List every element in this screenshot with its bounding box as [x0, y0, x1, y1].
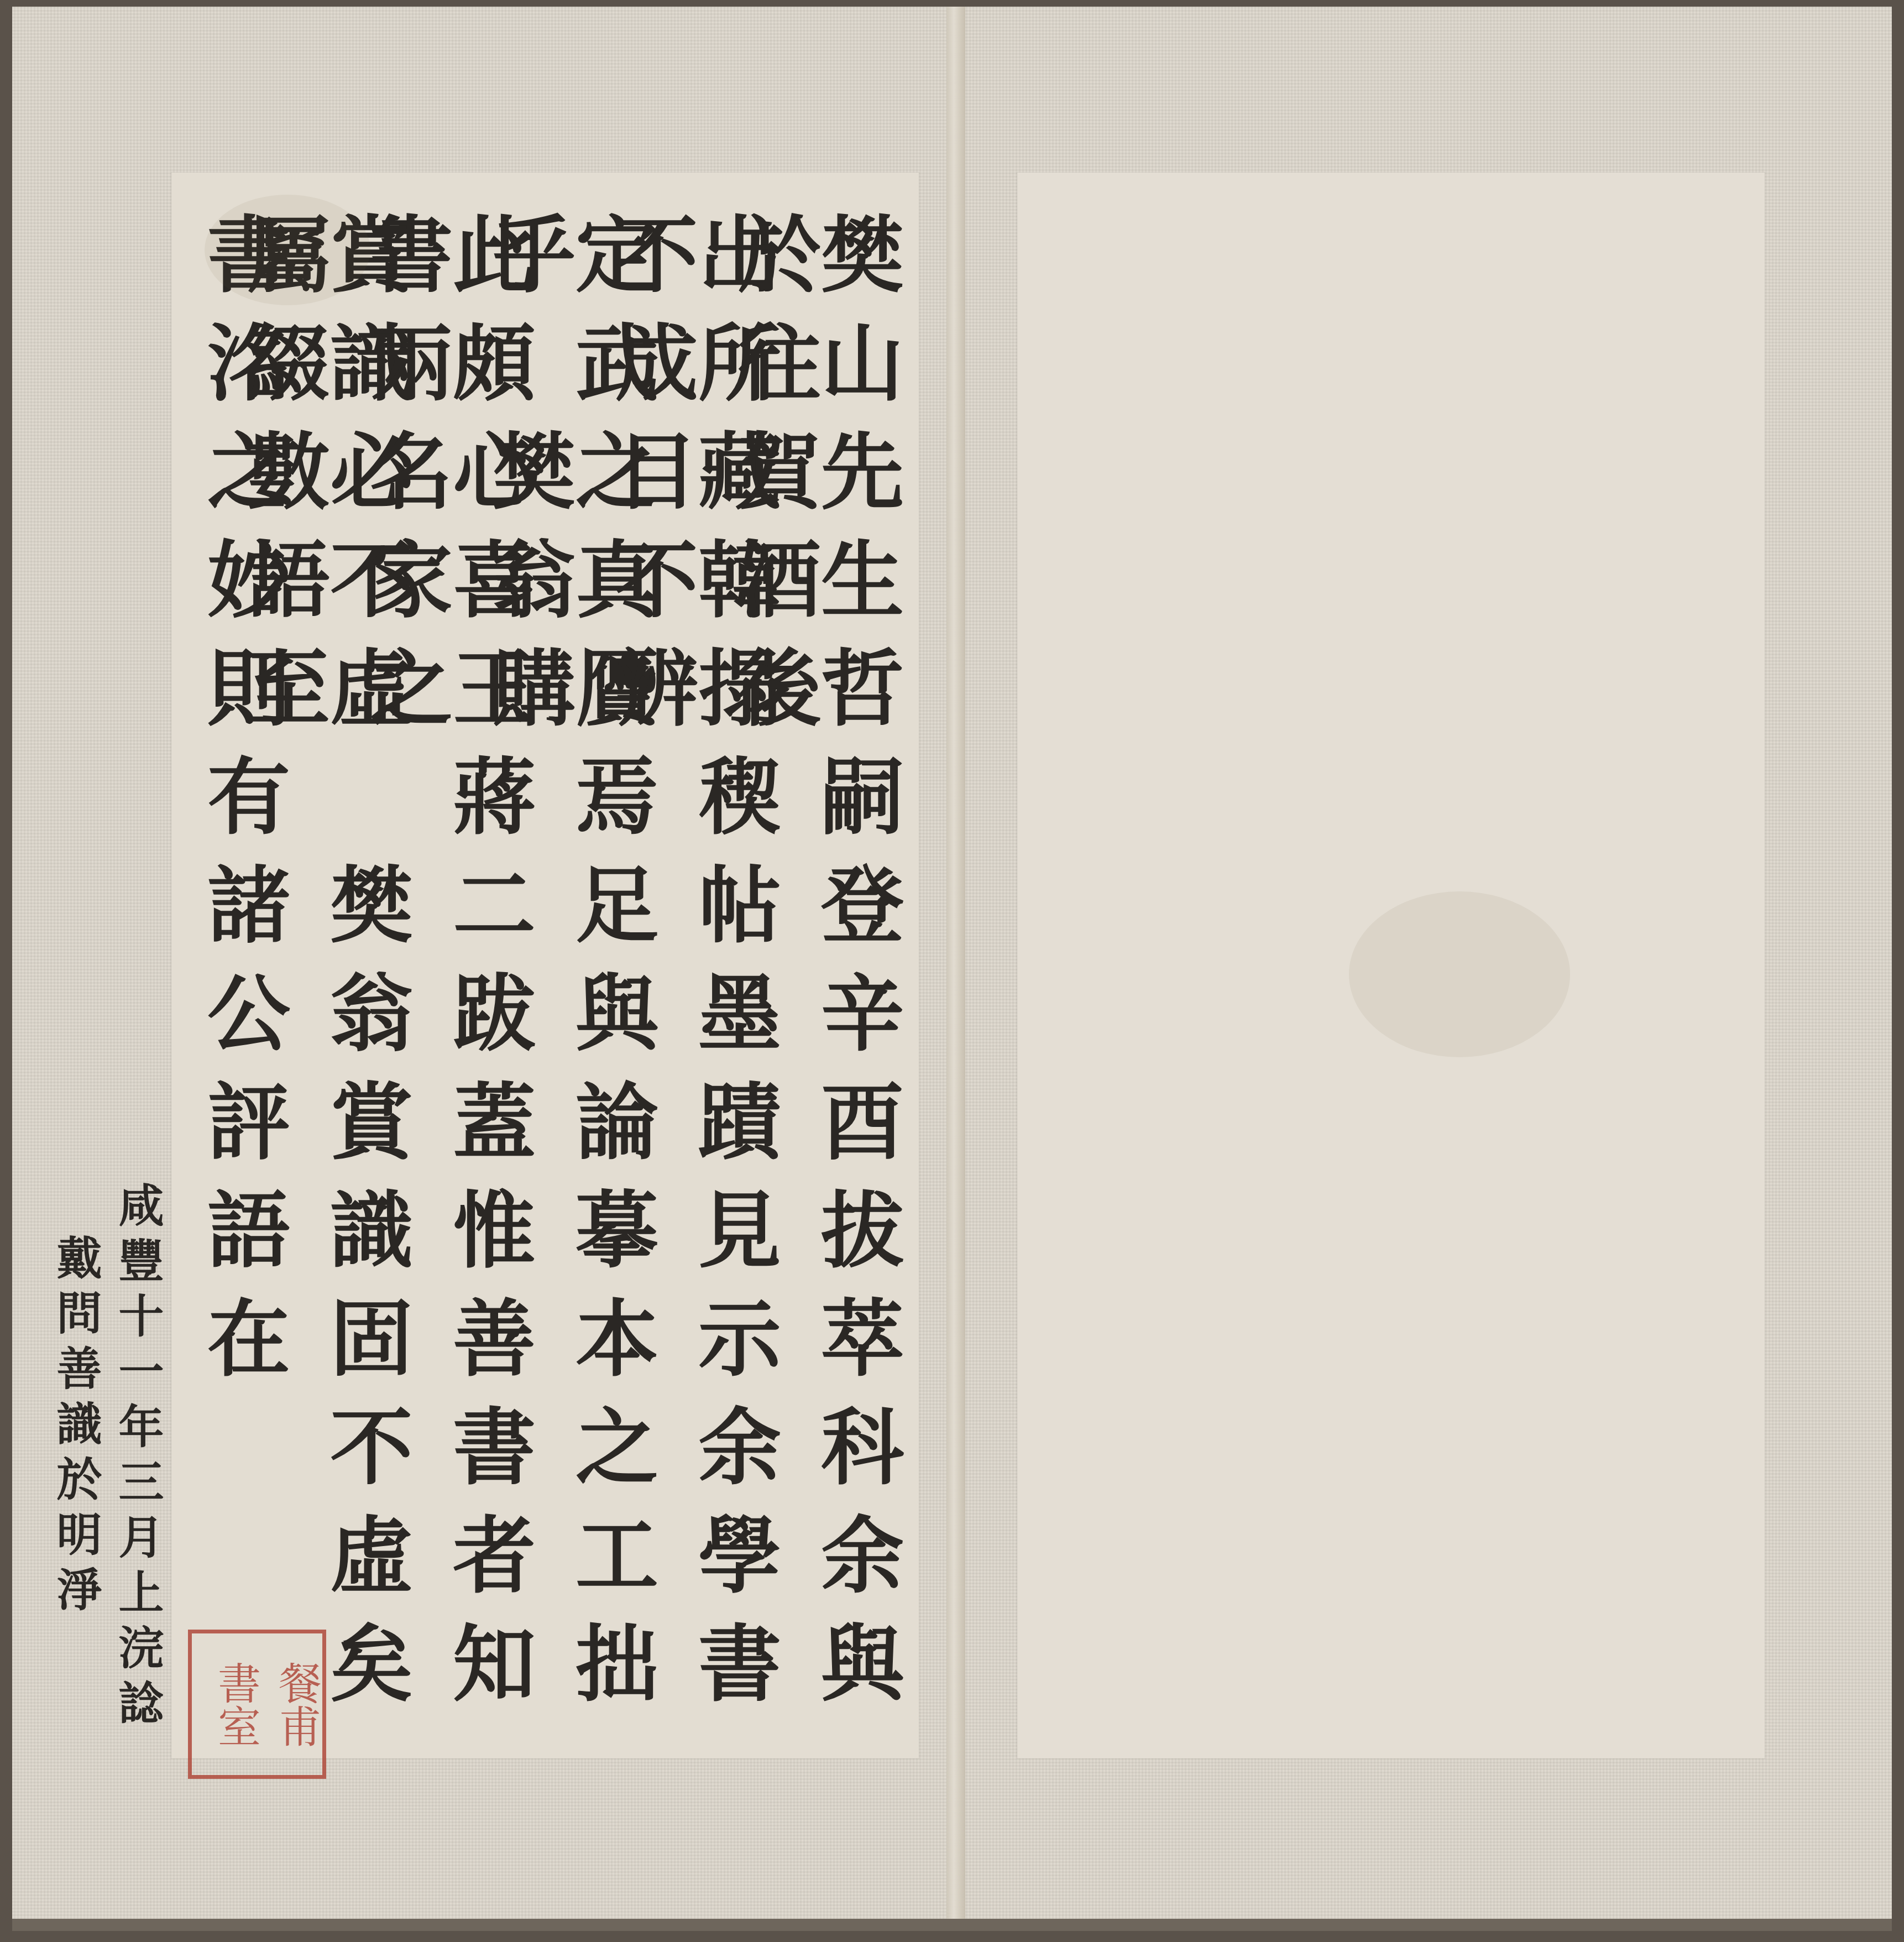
text-column-1: 樊山先生哲嗣登辛酉拔萃科余與於往賀酒後: [774, 211, 897, 1760]
seal-text-right: 餐甫: [257, 1661, 318, 1747]
album-spread: 樊山先生哲嗣登辛酉拔萃科余與於往賀酒後 出所藏韓搨稧帖墨蹟見示余學書不成目不辨 …: [12, 7, 1892, 1931]
frame-edge: [12, 1919, 1892, 1931]
right-paper-blank: [1017, 173, 1765, 1758]
inscription-columns: 樊山先生哲嗣登辛酉拔萃科余與於往賀酒後 出所藏韓搨稧帖墨蹟見示余學書不成目不辨 …: [36, 211, 897, 1760]
signature-date-column: 咸豐十一年三月上浣諗: [98, 1182, 160, 1760]
signature-name-column: 戴問善識於明淨: [36, 1234, 98, 1760]
seal-text-left: 書室: [196, 1661, 257, 1747]
paper-stain: [1349, 891, 1570, 1057]
paper-stain: [205, 195, 370, 305]
right-leaf: [963, 7, 1892, 1931]
left-paper-inscription: 樊山先生哲嗣登辛酉拔萃科余與於往賀酒後 出所藏韓搨稧帖墨蹟見示余學書不成目不辨 …: [171, 173, 919, 1758]
left-leaf: 樊山先生哲嗣登辛酉拔萃科余與於往賀酒後 出所藏韓搨稧帖墨蹟見示余學書不成目不辨 …: [12, 7, 946, 1931]
seal-stamp-outer: 書室 餐甫: [188, 1630, 326, 1779]
center-fold: [946, 7, 965, 1931]
